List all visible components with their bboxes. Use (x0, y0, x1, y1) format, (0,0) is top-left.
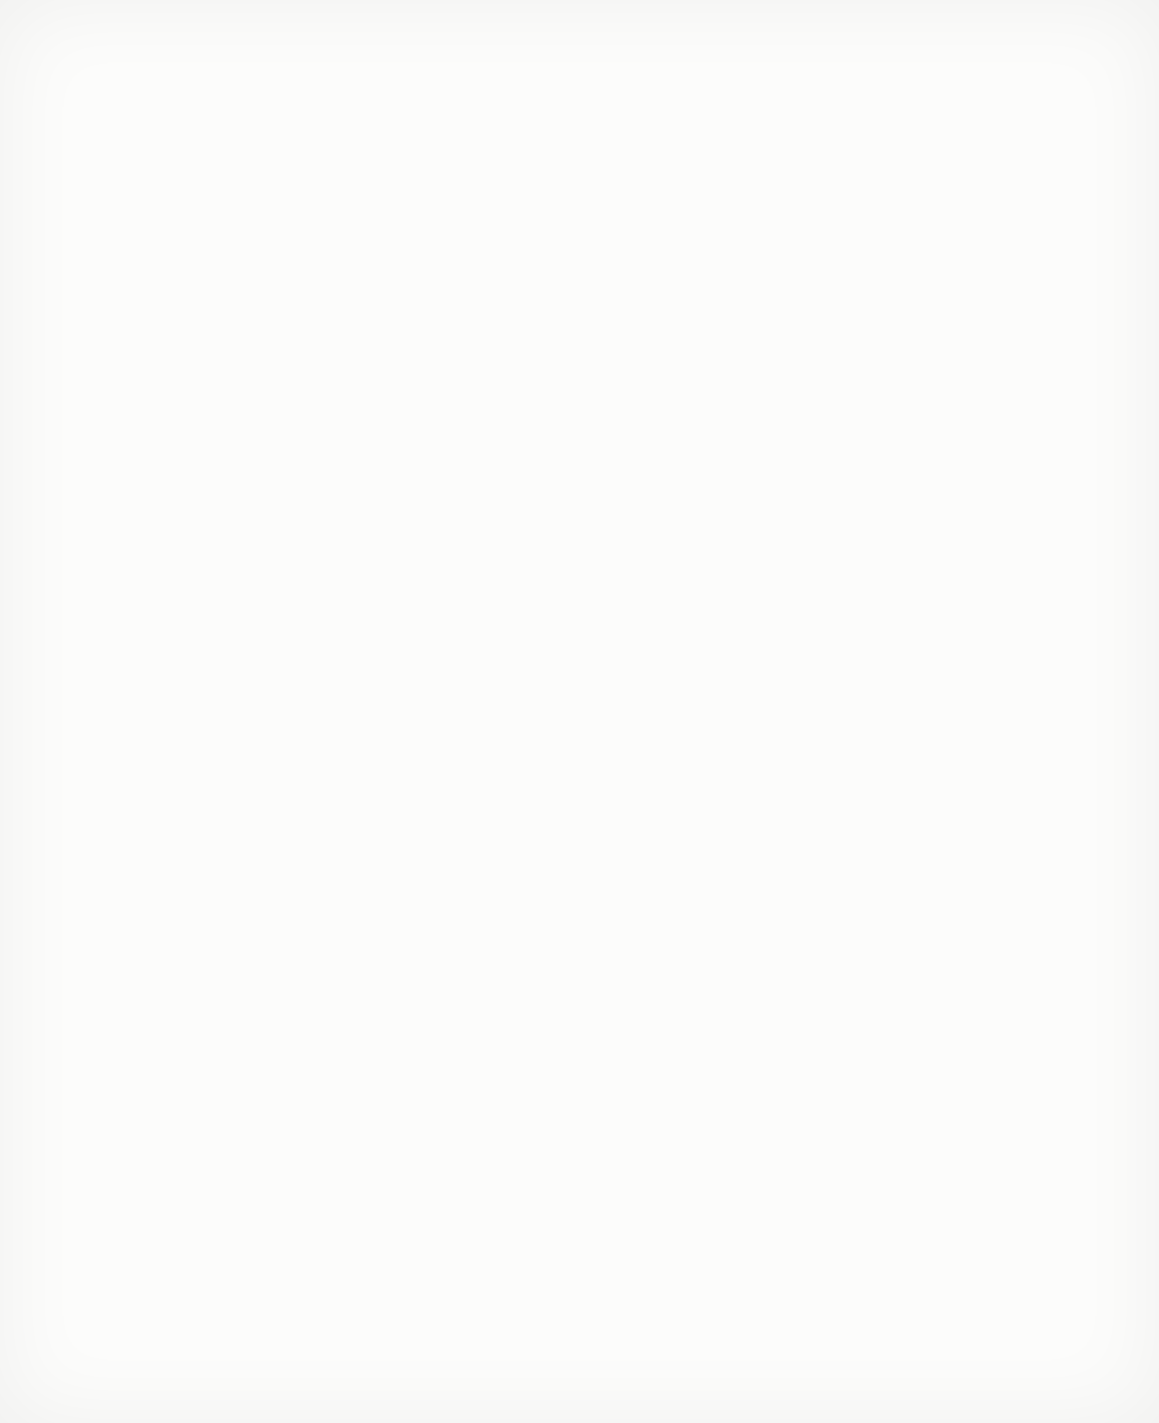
class-field (192, 124, 198, 154)
document-page (0, 0, 1159, 1423)
page-title (0, 0, 1159, 84)
signature-table (155, 190, 1005, 874)
fields-row (150, 110, 1010, 172)
date-field (812, 124, 820, 154)
teacher-field (500, 124, 504, 154)
